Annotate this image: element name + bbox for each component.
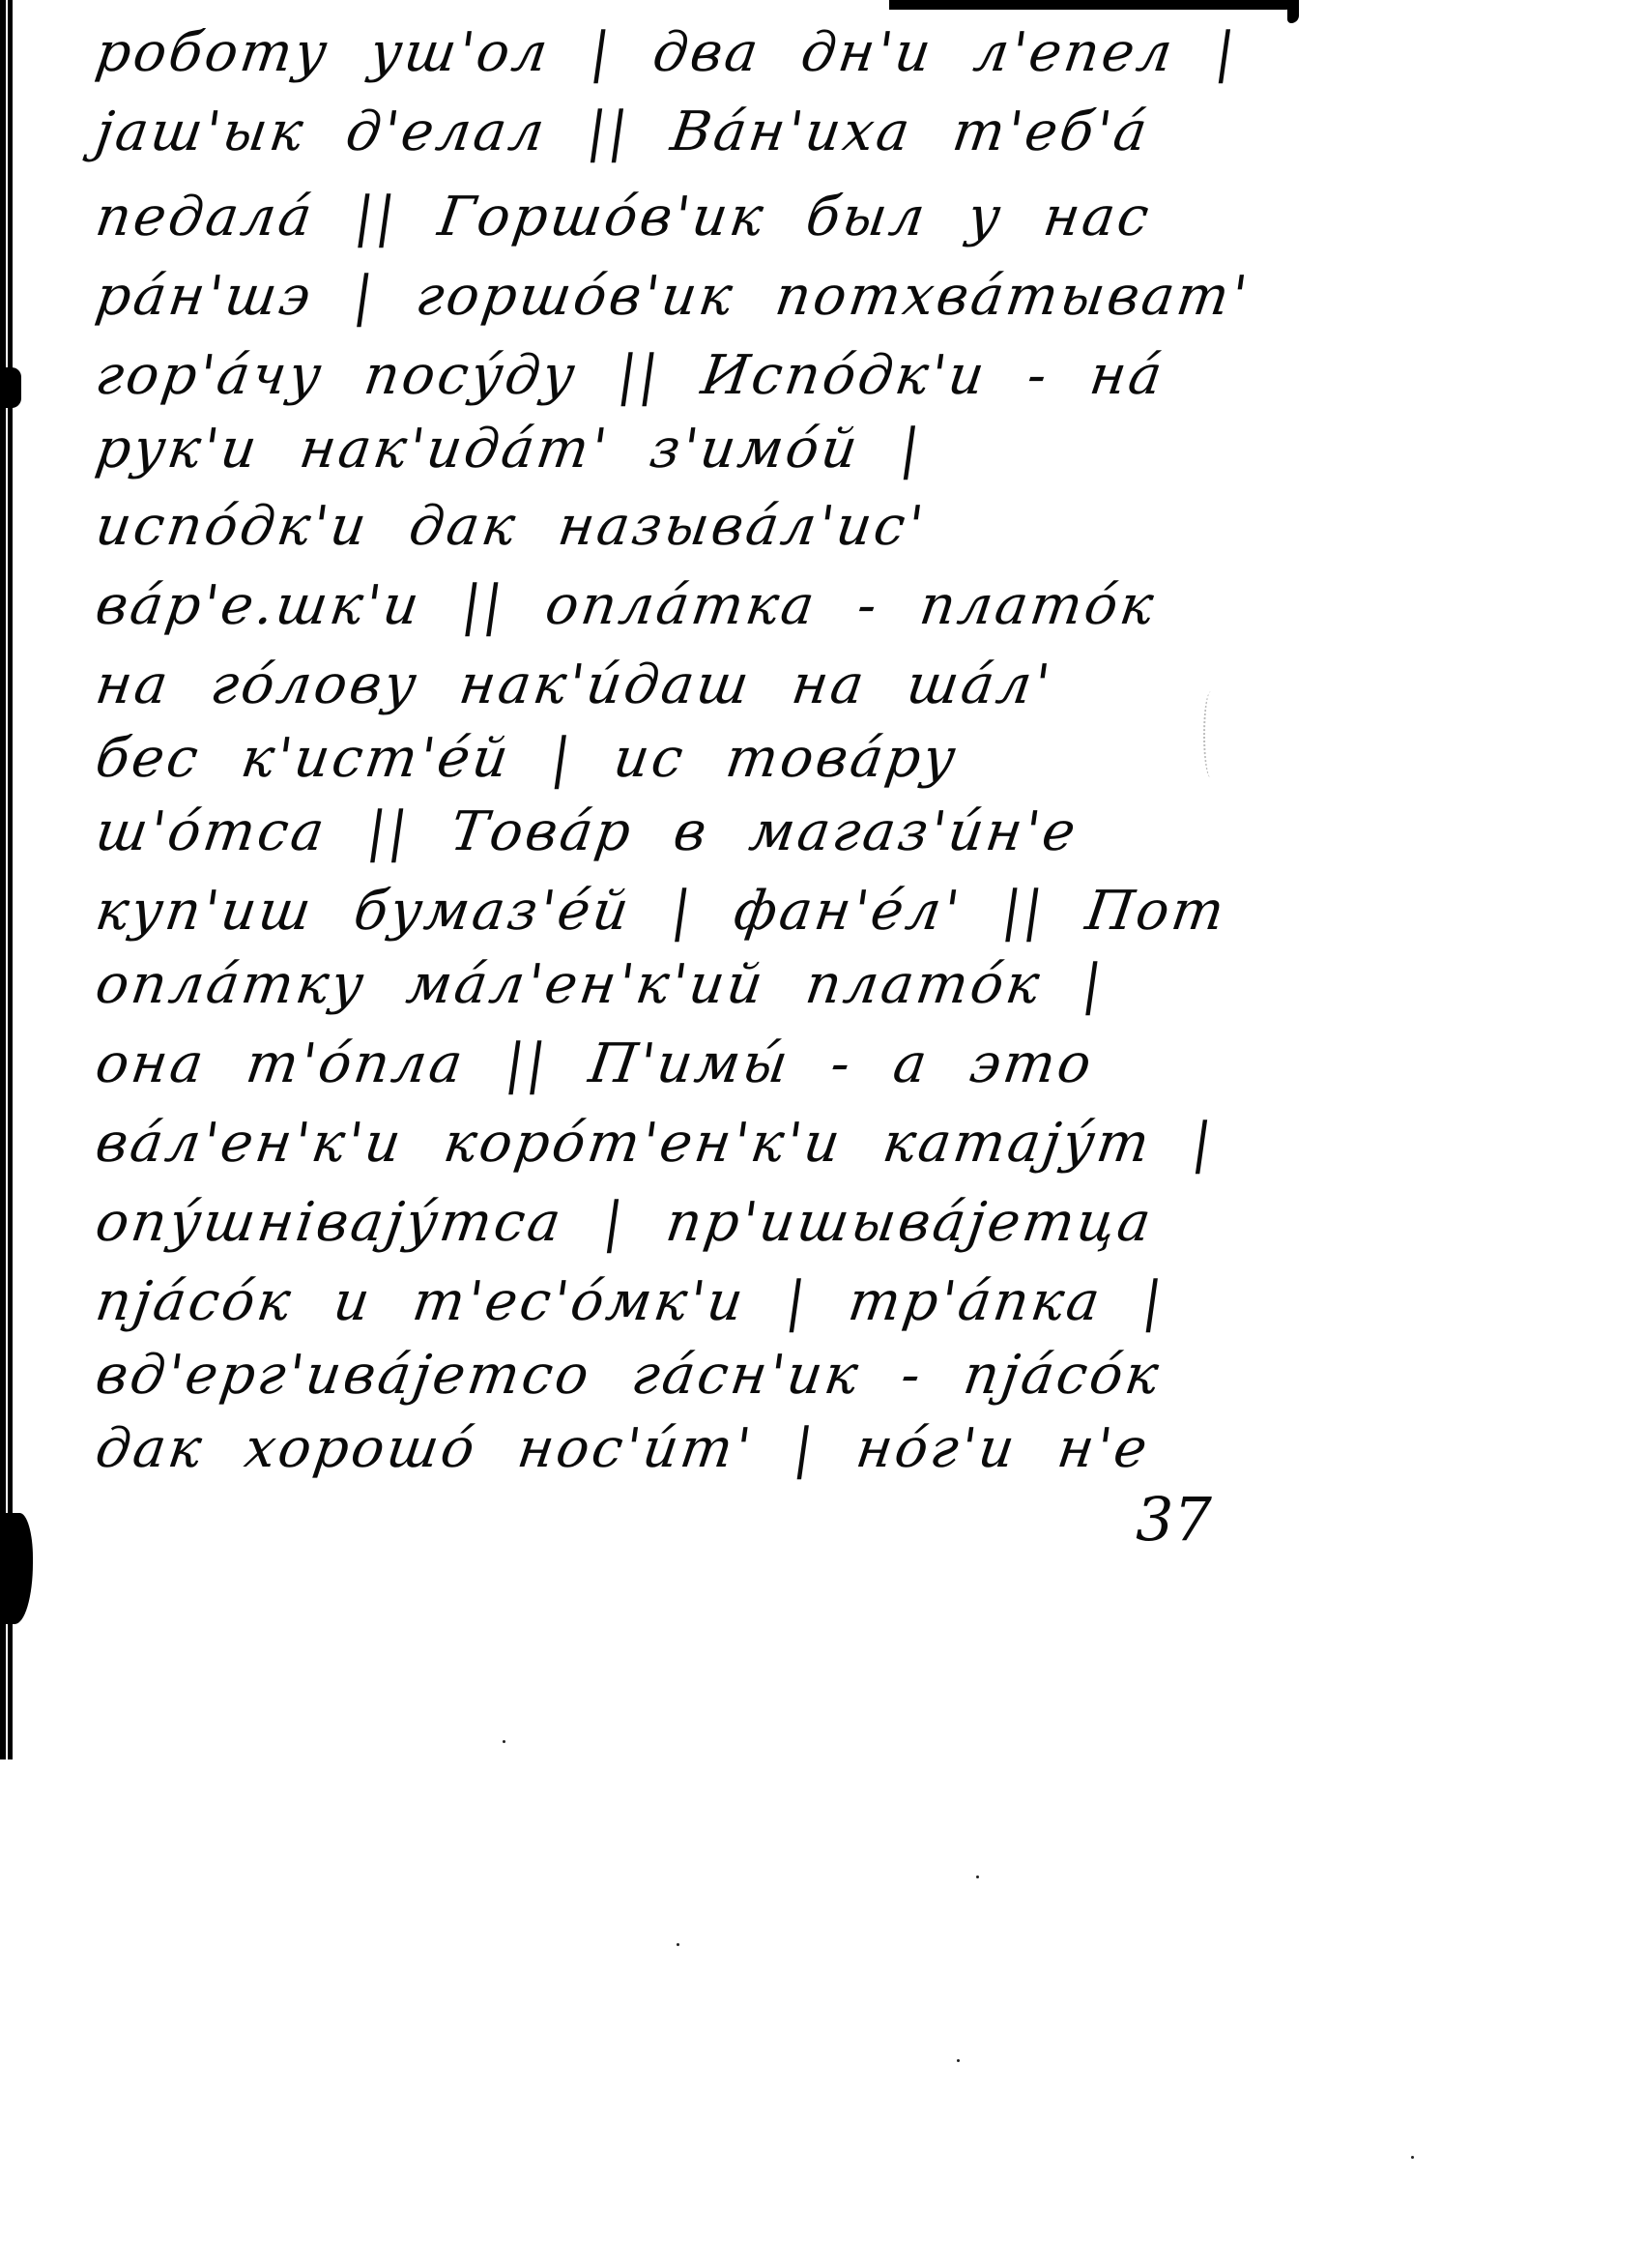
scan-speck — [503, 1740, 505, 1743]
text-line-7: испо́дк'и дак называ́л'ис' — [92, 495, 930, 558]
text-line-9: на го́лову нак'и́даш на ша́л' — [92, 654, 1056, 716]
text-line-15: ва́л'ен'к'и коро́т'ен'к'и катају́т | — [92, 1112, 1219, 1175]
text-line-14: она т'о́пла || П'имы́ - а это — [92, 1032, 1098, 1095]
text-line-5: гор'а́чу посу́ду || Испо́дк'и - на́ — [92, 344, 1168, 407]
binding-notch — [0, 367, 21, 408]
text-line-16: опу́шнівају́тса | пр'ишыва́јетца — [92, 1191, 1157, 1254]
text-line-19: дак хорошо́ нос'и́т' | но́г'и н'е — [92, 1417, 1154, 1480]
text-line-12: куп'иш бумаз'е́й | фан'е́л' || Пот — [92, 880, 1230, 943]
text-line-2: јаш'ык д'елал || Ва́н'иха т'еб'а́ — [92, 101, 1153, 163]
scan-speck — [1411, 2156, 1414, 2159]
binding-edge — [0, 0, 14, 1759]
text-line-17: пја́со́к и т'ес'о́мк'и | тр'а́пка | — [92, 1270, 1168, 1333]
manuscript-page: роботу уш'ол | два дн'и л'епел | јаш'ык … — [0, 0, 1643, 2268]
text-line-8: ва́р'е.шк'и || опла́тка - плато́к — [92, 574, 1160, 637]
text-line-11: ш'о́тса || Това́р в магаз'и́н'е — [92, 800, 1082, 863]
text-line-1: роботу уш'ол | два дн'и л'епел | — [92, 21, 1241, 84]
text-line-3: педала́ || Горшо́в'ик был у нас — [92, 186, 1155, 248]
scan-speck — [976, 1875, 979, 1878]
text-line-13: опла́тку ма́л'ен'к'ий плато́к | — [92, 953, 1109, 1016]
ink-blot — [0, 1513, 33, 1624]
page-number: 37 — [1136, 1484, 1212, 1555]
faint-pencil-mark — [1203, 691, 1219, 778]
scan-speck — [677, 1943, 679, 1946]
text-line-6: рук'и нак'ида́т' з'имо́й | — [92, 418, 926, 480]
text-line-10: бес к'ист'е́й | ис това́ру — [92, 727, 962, 790]
text-line-18: вд'ерг'ива́јетсо га́сн'ик - пја́со́к — [92, 1344, 1166, 1407]
scan-speck — [957, 2059, 960, 2062]
text-line-4: ра́н'шэ | горшо́в'ик потхва́тыват' — [92, 265, 1254, 328]
page-top-edge — [889, 0, 1295, 10]
